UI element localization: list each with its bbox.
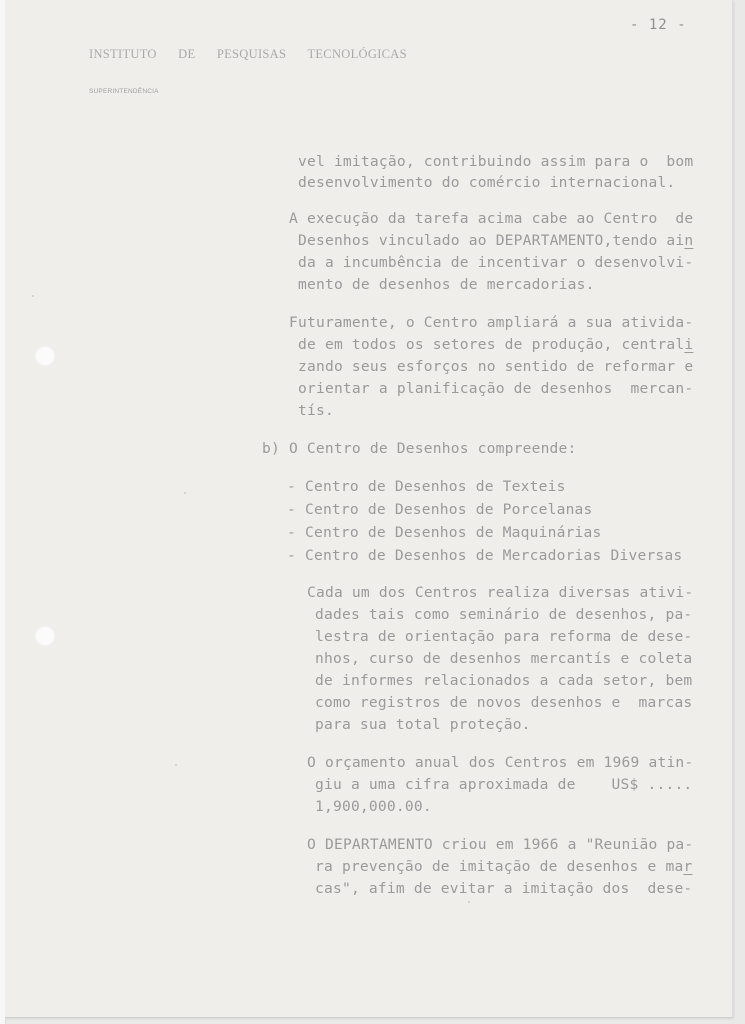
- text-line: orientar a planificação de desenhos merc…: [298, 382, 693, 397]
- text-segment: de em todos os setores de produção, cent…: [298, 336, 684, 353]
- speck: [184, 492, 186, 494]
- speck: [32, 295, 34, 297]
- section-heading: b) O Centro de Desenhos compreende:: [262, 442, 577, 457]
- text-line: Futuramente, o Centro ampliará a sua ati…: [289, 316, 693, 331]
- department-header: SUPERINTENDÊNCIA: [89, 88, 159, 95]
- text-line: de em todos os setores de produção, cent…: [298, 338, 693, 353]
- text-line: vel imitação, contribuindo assim para o …: [298, 155, 693, 170]
- text-line: O DEPARTAMENTO criou em 1966 a "Reunião …: [307, 838, 693, 853]
- text-line: desenvolvimento do comércio internaciona…: [298, 176, 675, 191]
- text-line: cas", afim de evitar a imitação dos dese…: [315, 882, 692, 897]
- punch-hole: [35, 346, 55, 366]
- text-line: tís.: [298, 404, 334, 419]
- text-segment: ra prevenção de imitação de desenhos e m…: [315, 858, 683, 875]
- underlined-char: r: [683, 858, 692, 875]
- punch-hole: [35, 626, 55, 646]
- text-line: mento de desenhos de mercadorias.: [298, 278, 595, 293]
- text-line: dades tais como seminário de desenhos, p…: [315, 608, 692, 623]
- text-line: Desenhos vinculado ao DEPARTAMENTO,tendo…: [298, 234, 693, 249]
- text-line: nhos, curso de desenhos mercantís e cole…: [315, 652, 692, 667]
- underlined-char: n: [684, 232, 693, 249]
- text-line: Cada um dos Centros realiza diversas ati…: [307, 586, 693, 601]
- list-item: - Centro de Desenhos de Mercadorias Dive…: [287, 549, 682, 564]
- institution-header: INSTITUTO DE PESQUISAS TECNOLÓGICAS: [89, 47, 407, 62]
- underlined-char: i: [684, 336, 693, 353]
- text-line: lestra de orientação para reforma de des…: [315, 630, 692, 645]
- text-line: de informes relacionados a cada setor, b…: [315, 674, 692, 689]
- text-line: giu a uma cifra aproximada de US$ .....: [315, 778, 692, 793]
- text-segment: Desenhos vinculado ao DEPARTAMENTO,tendo…: [298, 232, 684, 249]
- text-line: zando seus esforços no sentido de reform…: [298, 360, 693, 375]
- speck: [175, 764, 177, 766]
- text-line: O orçamento anual dos Centros em 1969 at…: [307, 756, 693, 771]
- list-item: - Centro de Desenhos de Porcelanas: [287, 503, 593, 518]
- text-line: A execução da tarefa acima cabe ao Centr…: [289, 212, 693, 227]
- page-number: - 12 -: [630, 17, 687, 33]
- list-item: - Centro de Desenhos de Maquinárias: [287, 526, 602, 541]
- text-line: ra prevenção de imitação de desenhos e m…: [315, 860, 692, 875]
- text-line: 1,900,000.00.: [315, 800, 432, 815]
- text-line: da a incumbência de incentivar o desenvo…: [298, 256, 693, 271]
- text-line: como registros de novos desenhos e marca…: [315, 696, 692, 711]
- text-line: para sua total proteção.: [315, 718, 531, 733]
- speck: [468, 901, 470, 903]
- list-item: - Centro de Desenhos de Texteis: [287, 480, 566, 495]
